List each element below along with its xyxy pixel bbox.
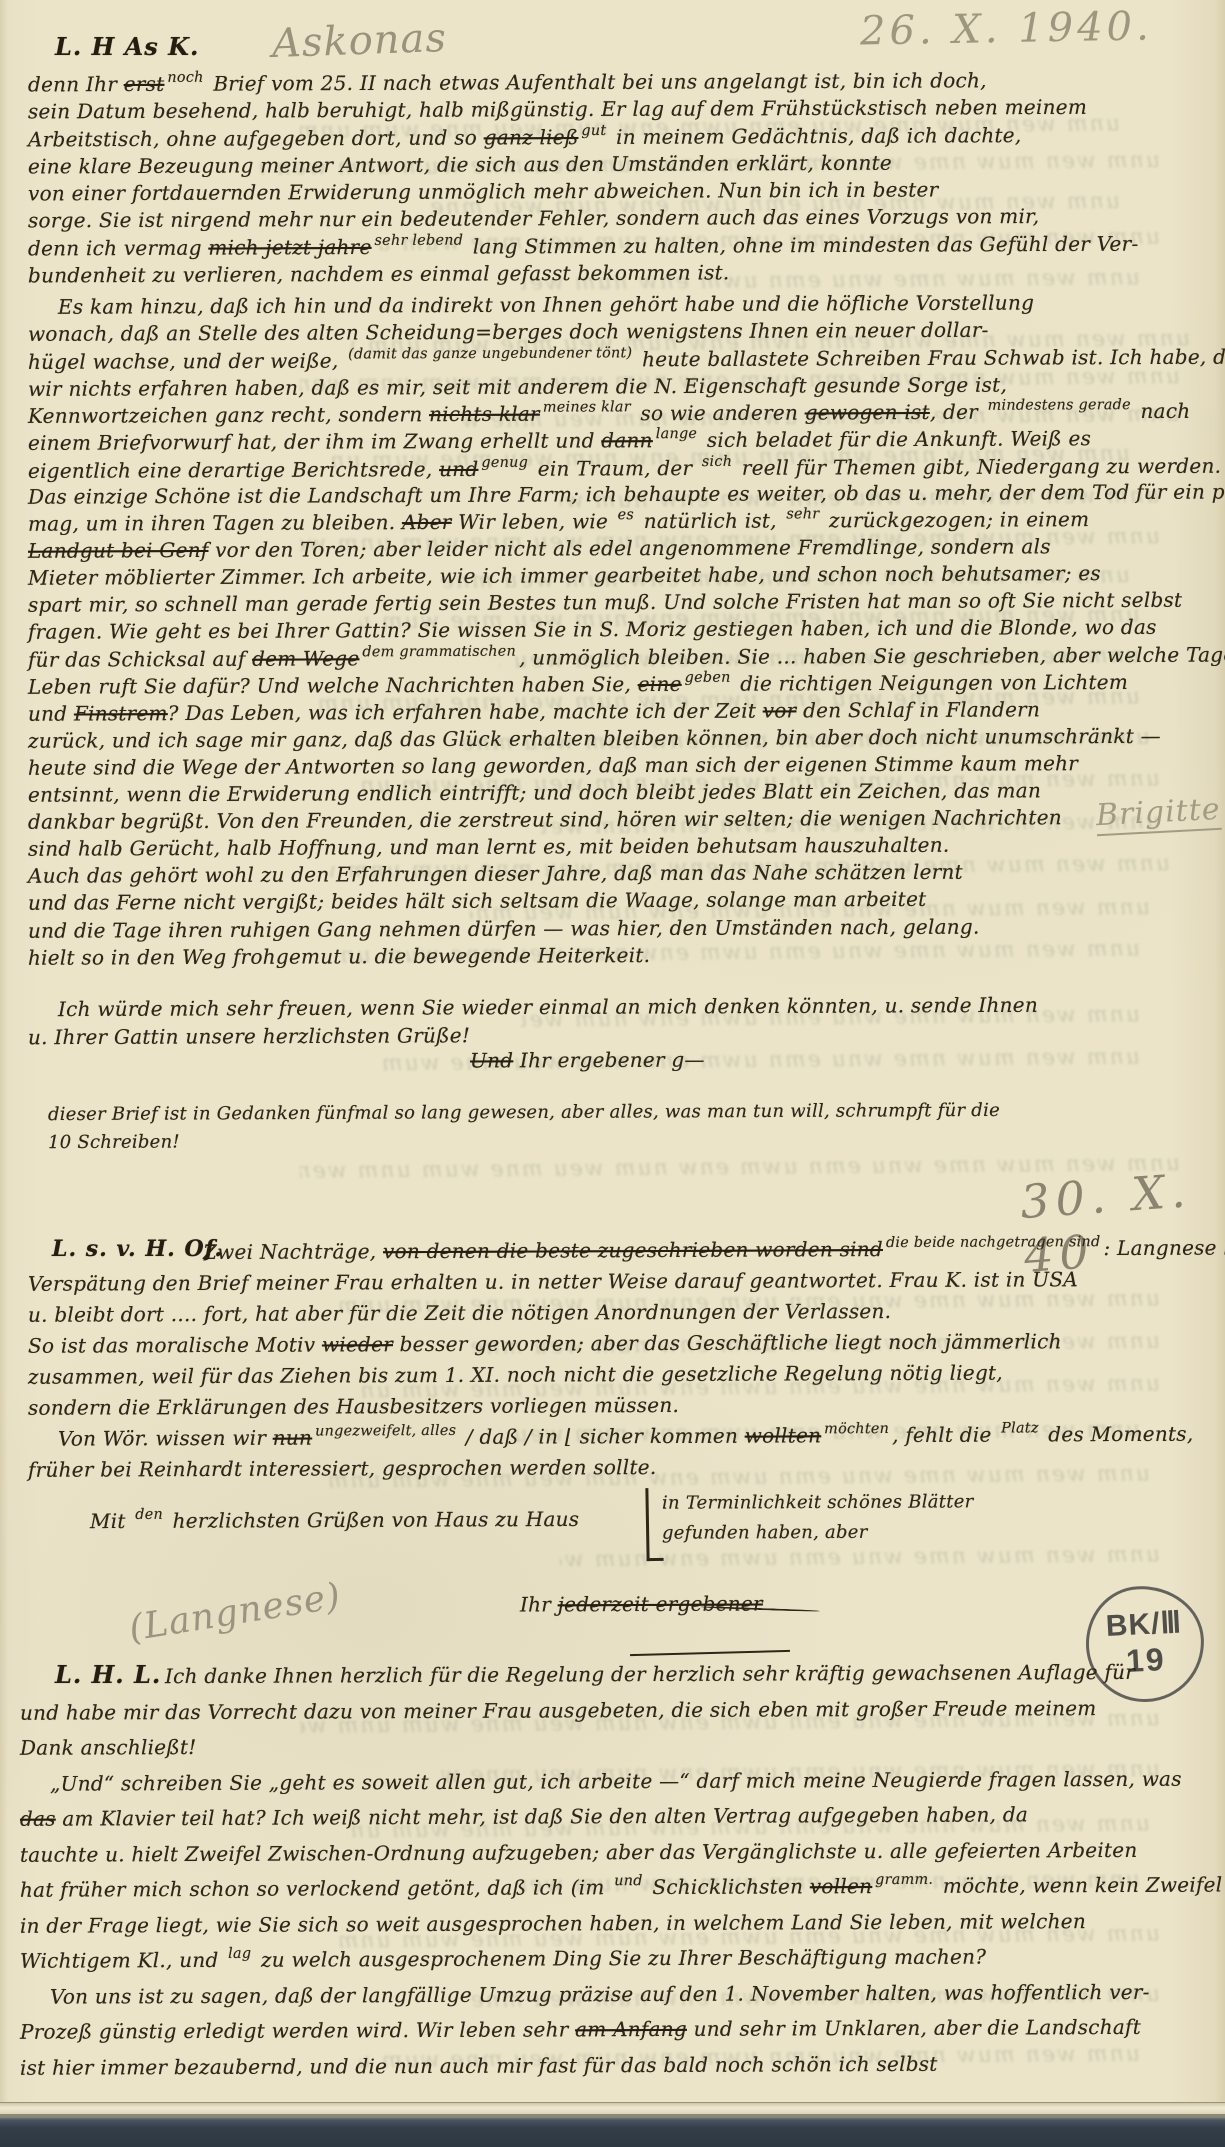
struck-text: nun <box>273 1426 313 1450</box>
handwriting-line: Und Ihr ergebener g— <box>470 1047 705 1075</box>
handwriting-line: „Und“ schreiben Sie „geht es soweit alle… <box>20 1766 1225 1807</box>
handwriting-block: Und Ihr ergebener g— <box>470 1048 705 1075</box>
handwriting-line: u. bleibt dort .... fort, hat aber für d… <box>28 1297 1225 1334</box>
handwriting-block: in Terminlichkeit schönes Blättergefunde… <box>662 1492 973 1552</box>
ink-text: Mieter möblierter Zimmer. Ich arbeite, w… <box>28 561 1101 590</box>
struck-text: gewogen ist <box>805 400 930 425</box>
struck-text: das <box>20 1807 56 1831</box>
ink-text: und habe mir das Vorrecht dazu von meine… <box>20 1696 1097 1725</box>
handwriting-line: So ist das moralische Motiv wieder besse… <box>28 1328 1225 1365</box>
inserted-text: genug <box>481 455 528 471</box>
struck-text: Aber <box>402 510 452 534</box>
ink-text: , fehlt die <box>892 1423 998 1447</box>
ink-text: wonach, daß an Stelle des alten Scheidun… <box>28 318 989 346</box>
pencil-date-26-x-1940: 26. X. 1940. <box>860 3 1154 54</box>
handwriting-block: dieser Brief ist in Gedanken fünfmal so … <box>48 1102 1000 1158</box>
ink-text: 10 Schreiben! <box>48 1132 180 1154</box>
ink-text: möchte, wenn kein Zweifel darin <box>936 1872 1225 1898</box>
ink-text: dankbar begrüßt. Von den Freunden, die z… <box>28 805 1062 834</box>
ink-text: und das Ferne nicht vergißt; beides hält… <box>28 887 927 915</box>
ink-text: einem Briefvorwurf hat, der ihm im Zwang… <box>28 429 601 456</box>
ink-text: denn ich vermag <box>28 235 208 260</box>
salutation: L. H As K. <box>55 32 199 61</box>
ink-text: hielt so in den Weg frohgemut u. die bew… <box>28 943 650 970</box>
ink-text: Von Wör. wissen wir <box>58 1426 273 1451</box>
ink-text: fragen. Wie geht es bei Ihrer Gattin? Si… <box>28 615 1157 644</box>
ink-text: lang Stimmen zu halten, ohne im mindeste… <box>466 231 1138 258</box>
ink-text: entsinnt, wenn die Erwiderung endlich ei… <box>28 778 1041 806</box>
inserted-text: sehr lebend <box>374 232 463 248</box>
pencil-recipient-name: Askonas <box>271 15 447 67</box>
struck-text: Landgut bei Genf <box>28 538 209 563</box>
archive-stamp-code: BK/Ⅲ <box>1087 1604 1201 1645</box>
ink-text: heute ballastete Schreiben Frau Schwab i… <box>635 344 1225 371</box>
ink-text: Das einzige Schöne ist die Landschaft um… <box>28 479 1225 508</box>
ink-text: ein Traum, der <box>531 456 699 481</box>
ink-text: zusammen, weil für das Ziehen bis zum 1.… <box>28 1361 1003 1389</box>
ink-text: , unmöglich bleiben. Sie ... haben Sie g… <box>519 642 1225 669</box>
inserted-text: dem grammatischen <box>362 643 516 660</box>
handwriting-block: denn Ihr erstnoch Brief vom 25. II nach … <box>28 70 1138 288</box>
struck-text: Und <box>470 1048 513 1072</box>
ink-text: Prozeß günstig erledigt werden wird. Wir… <box>20 2017 575 2043</box>
struck-text: Finstrem <box>74 701 168 725</box>
ink-text: mag, um in ihren Tagen zu bleiben. <box>28 510 402 536</box>
ink-text: Zwei Nachträge, <box>203 1239 383 1264</box>
handwriting-block: Zwei Nachträge, von denen die beste zuge… <box>28 1238 1225 1486</box>
handwriting-line: Von uns ist zu sagen, daß der langfällig… <box>20 1979 1225 2020</box>
ink-text: Wir leben, wie <box>452 509 615 534</box>
ink-text: Arbeitstisch, ohne aufgegeben dort, und … <box>28 125 484 151</box>
handwriting-line: Prozeß günstig erledigt werden wird. Wir… <box>20 2014 1225 2055</box>
handwriting-block: Ich würde mich sehr freuen, wenn Sie wie… <box>28 995 1038 1050</box>
ink-text: Brief vom 25. II nach etwas Aufenthalt b… <box>207 68 987 95</box>
handwriting-line: Von Wör. wissen wir nunungezweifelt, all… <box>28 1421 1225 1458</box>
struck-text: jederzeit ergebener <box>558 1591 763 1616</box>
ink-text: besser geworden; aber das Geschäftliche … <box>393 1329 1062 1356</box>
ink-text: Von uns ist zu sagen, daß der langfällig… <box>50 1979 1150 2008</box>
handwriting-line: Ihr jederzeit ergebener <box>520 1591 763 1619</box>
ink-text: wir nichts erfahren haben, daß es mir, s… <box>28 373 1007 401</box>
struck-text: von denen die beste zugeschrieben worden… <box>383 1237 883 1263</box>
ink-text: von einer fortdauernden Erwiderung unmög… <box>28 178 939 206</box>
handwriting-line: in Terminlichkeit schönes Blätter <box>662 1491 974 1522</box>
ink-text: Kennwortzeichen ganz recht, sondern <box>28 402 429 428</box>
handwriting-line: tauchte u. hielt Zweifel Zwischen-Ordnun… <box>20 1837 1225 1878</box>
handwriting-line: zusammen, weil für das Ziehen bis zum 1.… <box>28 1359 1225 1396</box>
ink-text: Es kam hinzu, daß ich hin und da indirek… <box>58 290 1034 318</box>
handwriting-line: sondern die Erklärungen des Hausbesitzer… <box>28 1390 1225 1427</box>
ink-text: den Schlaf in Flandern <box>796 697 1040 722</box>
handwriting-line: dieser Brief ist in Gedanken fünfmal so … <box>48 1100 1000 1132</box>
inserted-text: gut <box>581 123 606 139</box>
ink-text: sein Datum besehend, halb beruhigt, halb… <box>28 95 1087 124</box>
struck-text: vor <box>763 698 797 722</box>
ink-text: sondern die Erklärungen des Hausbesitzer… <box>28 1393 679 1420</box>
ink-text: bundenheit zu verlieren, nachdem es einm… <box>28 260 730 287</box>
struck-text: dem Wege <box>252 646 359 670</box>
handwriting-block: Mit den herzlichsten Grüßen von Haus zu … <box>90 1508 579 1536</box>
inserted-text: lange <box>656 427 698 443</box>
ink-text: hügel wachse, und der weiße, <box>28 348 345 373</box>
ink-text: herzlichsten Grüßen von Haus zu Haus <box>166 1507 579 1533</box>
ink-text: zurückgezogen; in einem <box>822 507 1089 532</box>
handwriting-line: ist hier immer bezaubernd, und die nun a… <box>20 2050 1225 2091</box>
struck-text: ganz ließ <box>484 125 579 149</box>
inserted-text: gramm. <box>875 1872 933 1888</box>
inserted-text: die beide nachgetragen sind <box>886 1234 1101 1251</box>
ink-text: früher bei Reinhardt interessiert, gespr… <box>28 1455 657 1482</box>
ink-text: zurück, und ich sage mir ganz, daß das G… <box>28 724 1161 753</box>
ink-text: : Langnese hat mit <box>1103 1235 1225 1260</box>
ink-text: Verspätung den Brief meiner Frau erhalte… <box>28 1267 1078 1296</box>
inserted-text: mindestens gerade <box>988 397 1131 414</box>
ink-text: gefunden haben, aber <box>662 1522 868 1544</box>
ink-text: u. Ihrer Gattin unsere herzlichsten Grüß… <box>28 1023 470 1049</box>
ink-text: vor den Toren; aber leider nicht als ede… <box>208 534 1050 562</box>
ink-text: Auch das gehört wohl zu den Erfahrungen … <box>28 860 963 888</box>
ink-text: u. bleibt dort .... fort, hat aber für d… <box>28 1299 891 1327</box>
handwriting-line: Verspätung den Brief meiner Frau erhalte… <box>28 1266 1225 1303</box>
ink-text: heute sind die Wege der Antworten so lan… <box>28 751 1078 780</box>
ink-text: Dank anschließt! <box>20 1735 197 1760</box>
ink-text: Mit <box>90 1509 132 1533</box>
ink-text: „Und“ schreiben Sie „geht es soweit alle… <box>50 1766 1182 1795</box>
ink-horizontal-rule <box>630 1650 790 1656</box>
ink-text: So ist das moralische Motiv <box>28 1332 322 1357</box>
ink-text: sich beladet für die Ankunft. Weiß es <box>700 427 1091 453</box>
handwriting-line: früher bei Reinhardt interessiert, gespr… <box>28 1452 1225 1489</box>
ink-text: / daß / in ⌊ sicher kommen <box>459 1424 745 1449</box>
ink-text: für das Schicksal auf <box>28 646 252 671</box>
inserted-text: sehr <box>786 506 819 522</box>
handwriting-line: hielt so in den Weg frohgemut u. die bew… <box>28 940 1225 973</box>
ink-text: dieser Brief ist in Gedanken fünfmal so … <box>48 1100 1000 1125</box>
handwriting-line: hat früher mich schon so verlockend getö… <box>20 1872 1225 1913</box>
inserted-text: ungezweifelt, alles <box>315 1423 456 1440</box>
struck-text: nichts klar <box>429 402 540 426</box>
ink-text: in der Frage liegt, wie Sie sich so weit… <box>20 1909 1086 1938</box>
inserted-text: und <box>614 1873 643 1889</box>
ink-text: zu welch ausgesprochenem Ding Sie zu Ihr… <box>254 1945 986 1972</box>
ink-text: ? Das Leben, was ich erfahren habe, mach… <box>168 698 763 725</box>
scanner-background-band <box>0 2114 1225 2147</box>
inserted-text: geben <box>685 669 731 685</box>
ink-text: Ich danke Ihnen herzlich für die Regelun… <box>165 1660 1135 1688</box>
ink-text: natürlich ist, <box>637 509 783 534</box>
handwriting-line: und habe mir das Vorrecht dazu von meine… <box>20 1695 1225 1736</box>
ink-text: spart mir, so schnell man gerade fertig … <box>28 588 1182 617</box>
ink-text: und die Tage ihren ruhigen Gang nehmen d… <box>28 914 980 942</box>
ink-text: hat früher mich schon so verlockend getö… <box>20 1875 611 1902</box>
ink-text: ist hier immer bezaubernd, und die nun a… <box>20 2051 938 2079</box>
handwriting-line: 10 Schreiben! <box>48 1128 1000 1160</box>
inserted-text: möchten <box>824 1421 889 1437</box>
ink-text: eigentlich eine derartige Berichtsrede, <box>28 457 439 483</box>
struck-text: mich jetzt jahre <box>208 235 371 260</box>
handwriting-line: Ich würde mich sehr freuen, wenn Sie wie… <box>28 993 1038 1025</box>
struck-text: vollen <box>810 1874 872 1898</box>
ink-text: eine klare Bezeugung meiner Antwort, die… <box>28 151 892 179</box>
ink-text: Ich würde mich sehr freuen, wenn Sie wie… <box>58 993 1038 1021</box>
handwriting-line: in der Frage liegt, wie Sie sich so weit… <box>20 1908 1225 1949</box>
ink-text: tauchte u. hielt Zweifel Zwischen-Ordnun… <box>20 1837 1138 1866</box>
ink-text: in Terminlichkeit schönes Blätter <box>662 1491 974 1513</box>
inserted-text: den <box>135 1507 163 1523</box>
handwriting-block: Ihr jederzeit ergebener <box>520 1592 763 1619</box>
ink-text: am Klavier teil hat? Ich weiß nicht mehr… <box>56 1802 1028 1830</box>
scanned-letter-page: unm wen muw nme wnu emn uwm enw num weu … <box>0 0 1225 2147</box>
handwriting-line: das am Klavier teil hat? Ich weiß nicht … <box>20 1801 1225 1842</box>
ink-text: , der <box>930 400 985 424</box>
struck-text: und <box>439 457 478 481</box>
struck-text: am Anfang <box>575 2017 687 2041</box>
ink-text: die richtigen Neigungen von Lichtem <box>734 670 1129 696</box>
ink-text: sorge. Sie ist nirgend mehr nur ein bede… <box>28 204 1039 232</box>
handwriting-block: Das einzige Schöne ist die Landschaft um… <box>28 482 1225 970</box>
inserted-text: noch <box>167 70 203 86</box>
struck-text: eine <box>638 672 682 696</box>
ink-text: Ihr ergebener g— <box>513 1047 705 1072</box>
struck-text: erst <box>124 72 165 96</box>
pencil-note-langnese: (Langnese) <box>126 1576 344 1650</box>
ink-text: Wichtigem Kl., und <box>20 1948 225 1973</box>
inserted-text: Platz <box>1001 1420 1039 1436</box>
handwriting-block: Ich danke Ihnen herzlich für die Regelun… <box>20 1662 1225 2088</box>
ink-margin-bracket <box>645 1488 663 1561</box>
ink-text: denn Ihr <box>28 72 124 96</box>
inserted-text: meines klar <box>543 400 631 416</box>
struck-text: dann <box>601 429 653 453</box>
inserted-text: lag <box>228 1946 251 1962</box>
handwriting-line: bundenheit zu verlieren, nachdem es einm… <box>28 259 1139 291</box>
ink-text: des Moments, <box>1042 1422 1194 1447</box>
salutation: L. H. L. <box>55 1660 161 1689</box>
ink-text: Ihr <box>520 1592 558 1616</box>
inserted-text: sich <box>702 454 732 470</box>
handwriting-line: Ich danke Ihnen herzlich für die Regelun… <box>20 1659 1225 1700</box>
handwriting-line: Dank anschließt! <box>20 1730 1225 1771</box>
inserted-text: es <box>618 507 634 523</box>
ink-text: Leben ruft Sie dafür? Und welche Nachric… <box>28 672 638 699</box>
inserted-text: (damit das ganze ungebundener tönt) <box>348 345 632 362</box>
handwriting-line: gefunden haben, aber <box>662 1521 974 1552</box>
handwriting-block: Es kam hinzu, daß ich hin und da indirek… <box>28 292 1225 483</box>
ink-text: Schicklichsten <box>646 1874 810 1899</box>
ink-text: in meinem Gedächtnis, daß ich dachte, <box>609 123 1021 149</box>
handwriting-line: Mit den herzlichsten Grüßen von Haus zu … <box>90 1507 579 1537</box>
struck-text: wollten <box>745 1423 822 1447</box>
ink-text: so wie anderen <box>634 401 805 426</box>
ink-text: reell für Themen gibt, Niedergang zu wer… <box>735 453 1221 479</box>
ink-text: und <box>28 701 74 725</box>
ink-text: und sehr im Unklaren, aber die Landschaf… <box>687 2015 1141 2041</box>
ink-text: nach <box>1134 399 1191 423</box>
salutation: L. s. v. H. Of. <box>52 1236 223 1262</box>
struck-text: wieder <box>322 1332 393 1356</box>
handwriting-line: Wichtigem Kl., und lag zu welch ausgespr… <box>20 1943 1225 1984</box>
ink-text: sind halb Gerücht, halb Hoffnung, und ma… <box>28 833 950 861</box>
